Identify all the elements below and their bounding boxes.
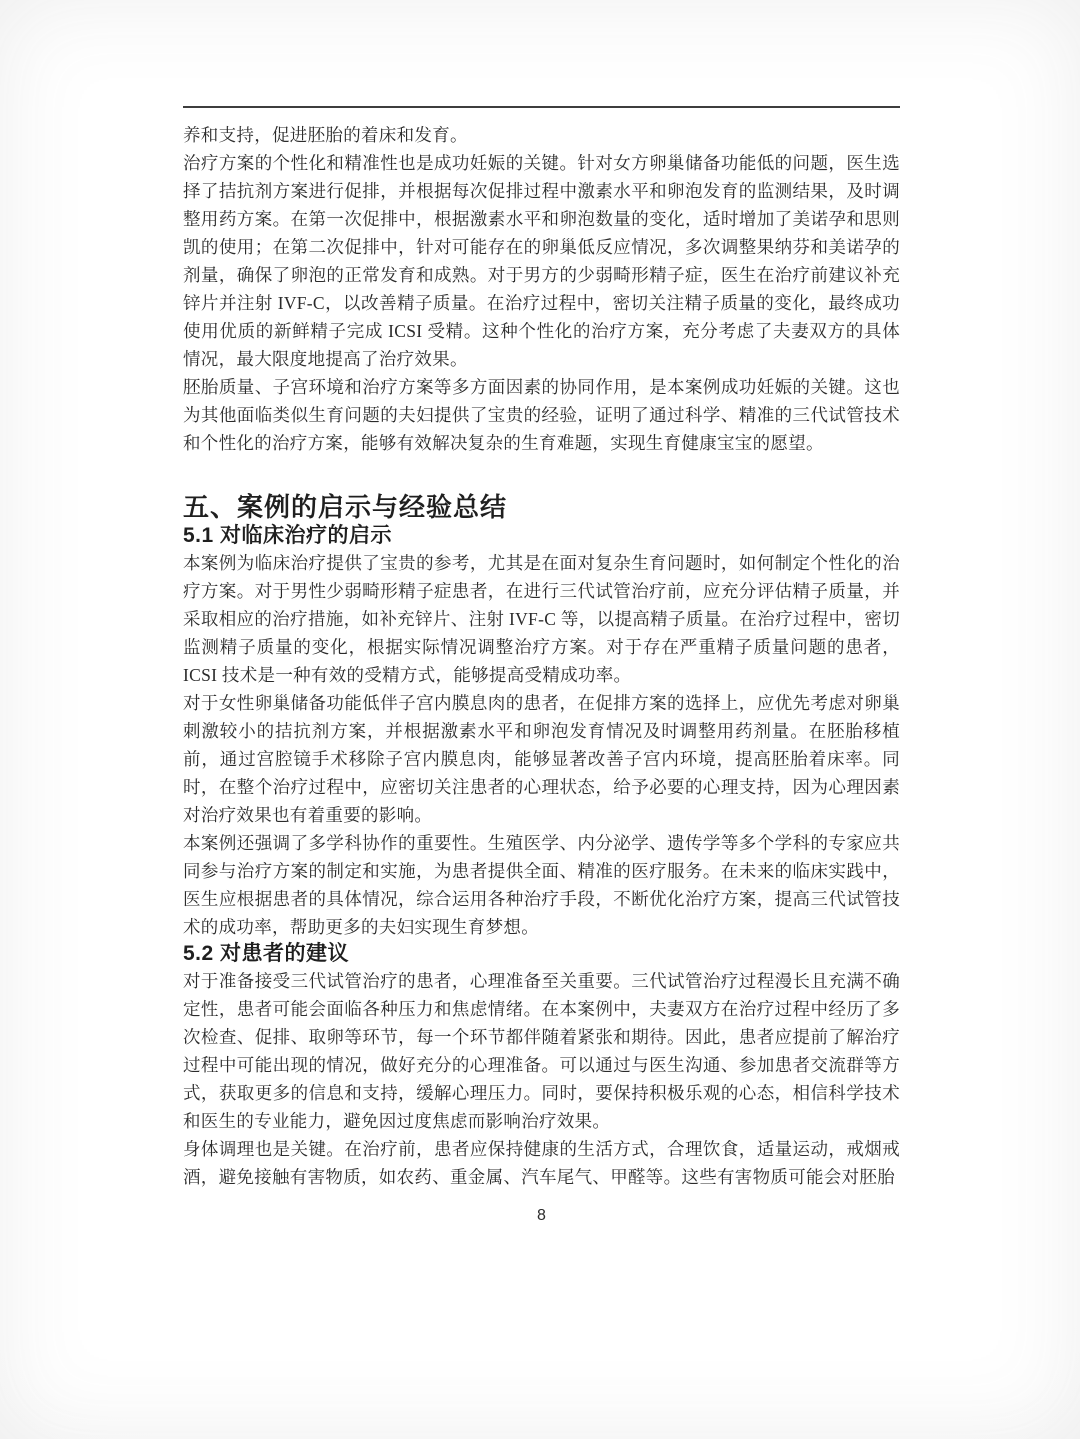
paragraph-patient-advice-2: 身体调理也是关键。在治疗前，患者应保持健康的生活方式，合理饮食，适量运动，戒烟戒… (183, 1135, 900, 1191)
subsection-5-1-heading: 5.1 对临床治疗的启示 (183, 523, 900, 549)
paragraph-clinical-insight-3: 本案例还强调了多学科协作的重要性。生殖医学、内分泌学、遗传学等多个学科的专家应共… (183, 829, 900, 941)
paragraph-nurture-continuation: 养和支持，促进胚胎的着床和发育。 (183, 121, 900, 149)
paragraph-patient-advice-1: 对于准备接受三代试管治疗的患者，心理准备至关重要。三代试管治疗过程漫长且充满不确… (183, 967, 900, 1135)
paragraph-clinical-insight-1: 本案例为临床治疗提供了宝贵的参考，尤其是在面对复杂生育问题时，如何制定个性化的治… (183, 549, 900, 689)
page-content: 养和支持，促进胚胎的着床和发育。 治疗方案的个性化和精准性也是成功妊娠的关键。针… (183, 106, 900, 1225)
paragraph-synergy-factors: 胚胎质量、子宫环境和治疗方案等多方面因素的协同作用，是本案例成功妊娠的关键。这也… (183, 373, 900, 457)
subsection-5-2-heading: 5.2 对患者的建议 (183, 941, 900, 967)
section-5-heading: 五、案例的启示与经验总结 (183, 491, 900, 523)
header-rule (183, 106, 900, 108)
paragraph-treatment-plan: 治疗方案的个性化和精准性也是成功妊娠的关键。针对女方卵巢储备功能低的问题，医生选… (183, 149, 900, 373)
paragraph-clinical-insight-2: 对于女性卵巢储备功能低伴子宫内膜息肉的患者，在促排方案的选择上，应优先考虑对卵巢… (183, 689, 900, 829)
page-number: 8 (183, 1207, 900, 1225)
document-page: 养和支持，促进胚胎的着床和发育。 治疗方案的个性化和精准性也是成功妊娠的关键。针… (0, 0, 1080, 1439)
